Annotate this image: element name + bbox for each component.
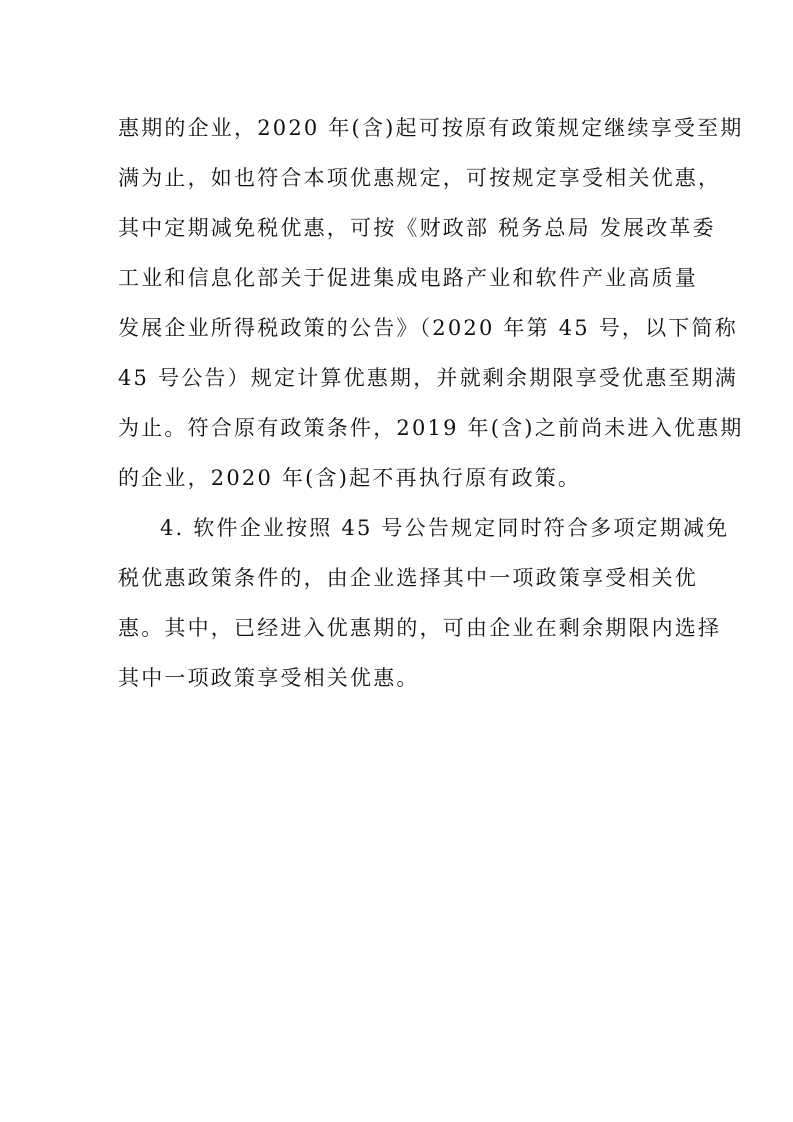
document-page: 惠期的企业，2020 年(含)起可按原有政策规定继续享受至期 满为止，如也符合本… <box>0 0 793 1122</box>
paragraph-line: 为止。符合原有政策条件，2019 年(含)之前尚未进入优惠期 <box>118 414 678 442</box>
paragraph-line: 的企业，2020 年(含)起不再执行原有政策。 <box>118 464 678 492</box>
item-4-line: 惠。其中，已经进入优惠期的，可由企业在剩余期限内选择 <box>118 614 678 642</box>
paragraph-line: 发展企业所得税政策的公告》（2020 年第 45 号，以下简称 <box>118 314 678 342</box>
paragraph-line: 其中定期减免税优惠，可按《财政部 税务总局 发展改革委 <box>118 214 678 242</box>
item-4-line: 其中一项政策享受相关优惠。 <box>118 664 678 692</box>
paragraph-line: 工业和信息化部关于促进集成电路产业和软件产业高质量 <box>118 264 678 292</box>
paragraph-line: 45 号公告）规定计算优惠期，并就剩余期限享受优惠至期满 <box>118 364 678 392</box>
paragraph-line: 满为止，如也符合本项优惠规定，可按规定享受相关优惠， <box>118 164 678 192</box>
item-4-line: 税优惠政策条件的，由企业选择其中一项政策享受相关优 <box>118 564 678 592</box>
item-4-line: 4. 软件企业按照 45 号公告规定同时符合多项定期减免 <box>160 514 680 542</box>
paragraph-line: 惠期的企业，2020 年(含)起可按原有政策规定继续享受至期 <box>118 114 678 142</box>
